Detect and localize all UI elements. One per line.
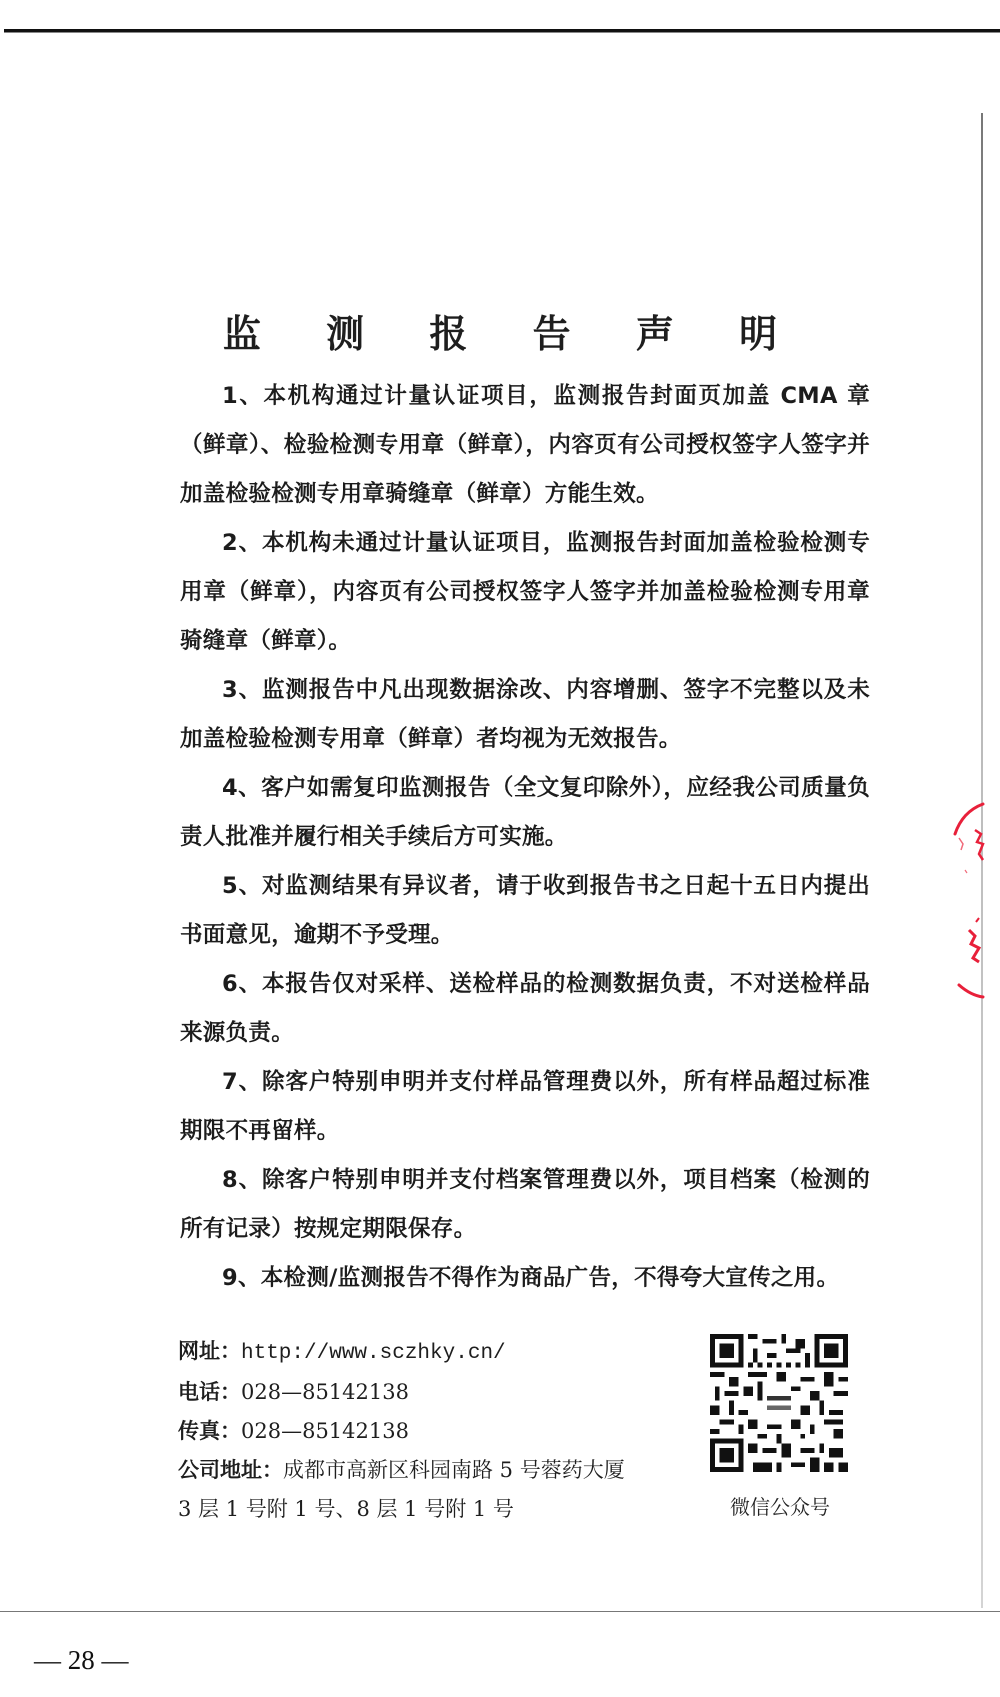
website-link[interactable]: http://www.sczhky.cn/ <box>241 1342 506 1365</box>
red-seal-stamp-icon <box>945 800 985 1000</box>
clause-5: 5、对监测结果有异议者，请于收到报告书之日起十五日内提出书面意见，逾期不予受理。 <box>180 862 870 960</box>
clause-4: 4、客户如需复印监测报告（全文复印除外），应经我公司质量负责人批准并履行相关手续… <box>180 764 870 862</box>
clause-9: 9、本检测/监测报告不得作为商品广告，不得夸大宣传之用。 <box>180 1254 870 1303</box>
address-line-2: 3 层 1 号附 1 号、8 层 1 号附 1 号 <box>178 1497 514 1521</box>
clause-1: 1、本机构通过计量认证项目，监测报告封面页加盖 CMA 章（鲜章）、检验检测专用… <box>180 372 870 519</box>
qr-code-icon <box>710 1333 848 1473</box>
header-rule <box>4 29 1000 33</box>
page-title: 监 测 报 告 声 明 <box>0 303 1000 358</box>
website-row: 网址：http://www.sczhky.cn/ <box>178 1332 698 1373</box>
clause-3: 3、监测报告中凡出现数据涂改、内容增删、签字不完整以及未加盖检验检测专用章（鲜章… <box>180 666 870 764</box>
clause-2: 2、本机构未通过计量认证项目，监测报告封面加盖检验检测专用章（鲜章），内容页有公… <box>180 519 870 666</box>
fax-label: 传真： <box>178 1419 241 1443</box>
contact-info: 网址：http://www.sczhky.cn/ 电话：028—85142138… <box>178 1332 698 1529</box>
address-row: 公司地址：成都市高新区科园南路 5 号蓉药大厦 <box>178 1451 698 1490</box>
address-line-1: 成都市高新区科园南路 5 号蓉药大厦 <box>283 1458 625 1482</box>
clause-7: 7、除客户特别申明并支付样品管理费以外，所有样品超过标准期限不再留样。 <box>180 1058 870 1156</box>
website-label: 网址： <box>178 1339 241 1363</box>
wechat-qr-block: 微信公众号 <box>710 1333 850 1520</box>
page-number: — 28 — <box>34 1645 129 1676</box>
clause-8: 8、除客户特别申明并支付档案管理费以外，项目档案（检测的所有记录）按规定期限保存… <box>180 1156 870 1254</box>
clause-6: 6、本报告仅对采样、送检样品的检测数据负责，不对送检样品来源负责。 <box>180 960 870 1058</box>
address-label: 公司地址： <box>178 1458 283 1482</box>
address-row-2: 3 层 1 号附 1 号、8 层 1 号附 1 号 <box>178 1490 698 1529</box>
fax-number: 028—85142138 <box>241 1419 409 1443</box>
phone-number: 028—85142138 <box>241 1380 409 1404</box>
qr-caption: 微信公众号 <box>710 1491 850 1520</box>
phone-label: 电话： <box>178 1380 241 1404</box>
footer-rule <box>0 1611 1000 1612</box>
statement-clauses: 1、本机构通过计量认证项目，监测报告封面页加盖 CMA 章（鲜章）、检验检测专用… <box>180 372 870 1303</box>
phone-row: 电话：028—85142138 <box>178 1373 698 1412</box>
fax-row: 传真：028—85142138 <box>178 1412 698 1451</box>
